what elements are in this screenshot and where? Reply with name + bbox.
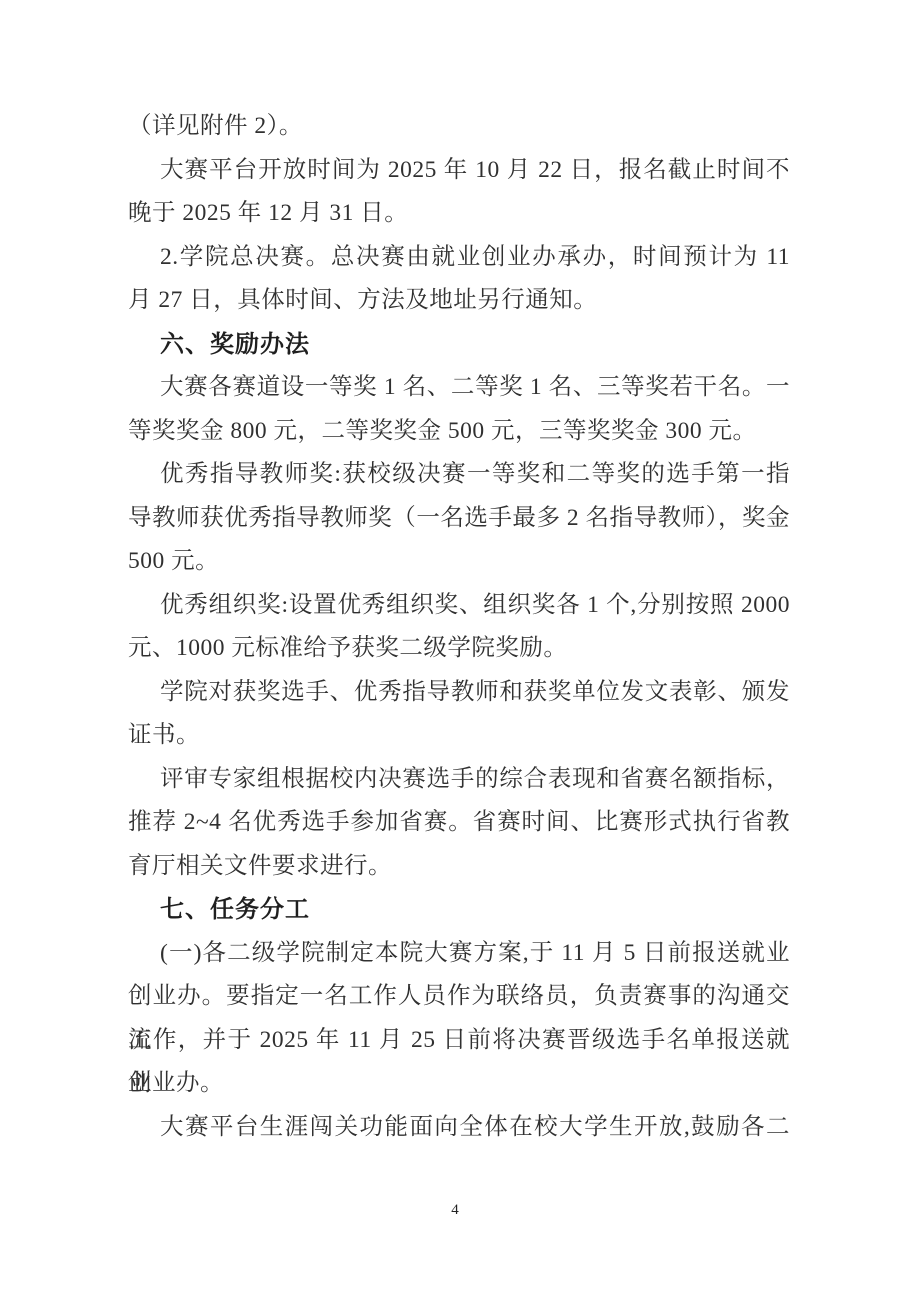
text-line: 优秀指导教师奖:获校级决赛一等奖和二等奖的选手第一指 (128, 453, 790, 497)
text-line: 育厅相关文件要求进行。 (128, 845, 790, 889)
text-line: 评审专家组根据校内决赛选手的综合表现和省赛名额指标， (128, 758, 790, 802)
text-line: （详见附件 2）。 (128, 105, 790, 149)
text-line: 推荐 2~4 名优秀选手参加省赛。省赛时间、比赛形式执行省教 (128, 801, 790, 845)
page-number: 4 (0, 1202, 910, 1219)
document-body: （详见附件 2）。大赛平台开放时间为 2025 年 10 月 22 日，报名截止… (128, 105, 790, 1149)
text-line: 月 27 日，具体时间、方法及地址另行通知。 (128, 279, 790, 323)
text-line: 晚于 2025 年 12 月 31 日。 (128, 192, 790, 236)
text-line: 大赛各赛道设一等奖 1 名、二等奖 1 名、三等奖若干名。一 (128, 366, 790, 410)
text-line: 学院对获奖选手、优秀指导教师和获奖单位发文表彰、颁发 (128, 671, 790, 715)
text-line: 元、1000 元标准给予获奖二级学院奖励。 (128, 627, 790, 671)
text-line: 创业办。要指定一名工作人员作为联络员，负责赛事的沟通交流 (128, 975, 790, 1019)
text-line: (一)各二级学院制定本院大赛方案,于 11 月 5 日前报送就业 (128, 932, 790, 976)
text-line: 等奖奖金 800 元，二等奖奖金 500 元，三等奖奖金 300 元。 (128, 410, 790, 454)
text-line: 导教师获优秀指导教师奖（一名选手最多 2 名指导教师），奖金 (128, 497, 790, 541)
text-line: 大赛平台生涯闯关功能面向全体在校大学生开放,鼓励各二 (128, 1106, 790, 1150)
text-line: 500 元。 (128, 540, 790, 584)
section-heading: 六、奖励办法 (128, 323, 790, 367)
section-heading: 七、任务分工 (128, 888, 790, 932)
text-line: 2.学院总决赛。总决赛由就业创业办承办，时间预计为 11 (128, 236, 790, 280)
text-line: 大赛平台开放时间为 2025 年 10 月 22 日，报名截止时间不 (128, 149, 790, 193)
text-line: 优秀组织奖:设置优秀组织奖、组织奖各 1 个,分别按照 2000 (128, 584, 790, 628)
text-line: 创业办。 (128, 1062, 790, 1106)
text-line: 工作，并于 2025 年 11 月 25 日前将决赛晋级选手名单报送就业 (128, 1019, 790, 1063)
document-page: （详见附件 2）。大赛平台开放时间为 2025 年 10 月 22 日，报名截止… (0, 0, 910, 1292)
text-line: 证书。 (128, 714, 790, 758)
